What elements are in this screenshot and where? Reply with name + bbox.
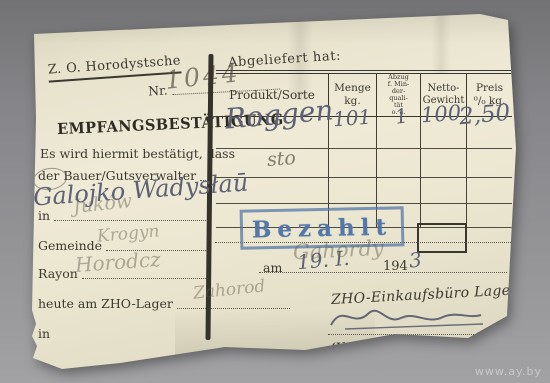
in2-label: in	[38, 326, 50, 341]
lager-row: heute am ZHO-Lager	[38, 296, 290, 311]
dotted-line	[82, 278, 206, 279]
fold-crease	[431, 10, 451, 74]
date-year-handwritten: 3	[408, 247, 423, 272]
netto-sum-box	[417, 223, 467, 253]
rayon-value2-handwritten: Gahordy	[292, 236, 384, 265]
org-name: Z. O. Horodystsche	[47, 53, 181, 82]
preis-value-handwritten: 2,50	[458, 100, 511, 130]
paper-shadow-wrap: Z. O. Horodystsche Nr. 1044 EMPFANGSBEST…	[25, 10, 520, 372]
lager-label: heute am ZHO-Lager	[38, 296, 173, 311]
menge-value-handwritten: 101	[332, 105, 372, 132]
site-watermark: www.ay.by	[475, 365, 542, 378]
table-row	[216, 178, 512, 204]
confirmation-text: Es wird hiermit bestätigt, dass	[40, 146, 235, 161]
receipt-paper: Z. O. Horodystsche Nr. 1044 EMPFANGSBEST…	[25, 10, 520, 372]
rayon-label: Rayon	[38, 266, 78, 281]
table-row	[216, 149, 512, 178]
top-edge-shading	[25, 10, 520, 44]
photo-of-receipt: Z. O. Horodystsche Nr. 1044 EMPFANGSBEST…	[0, 0, 550, 383]
date-year-printed: 194	[383, 259, 408, 274]
signature-scribble	[323, 298, 491, 338]
delivered-heading: Abgeliefert hat:	[228, 49, 342, 71]
dotted-line	[54, 220, 206, 221]
date-am-label: am	[263, 260, 282, 275]
sto-note-handwritten: sto	[266, 147, 296, 171]
netto-value-handwritten: 100	[420, 101, 462, 128]
dotted-line	[177, 308, 290, 309]
signature-dotted-line	[328, 334, 508, 335]
delivery-table: Produkt/Sorte Menge kg. Abzug f. Min- de…	[216, 70, 512, 228]
